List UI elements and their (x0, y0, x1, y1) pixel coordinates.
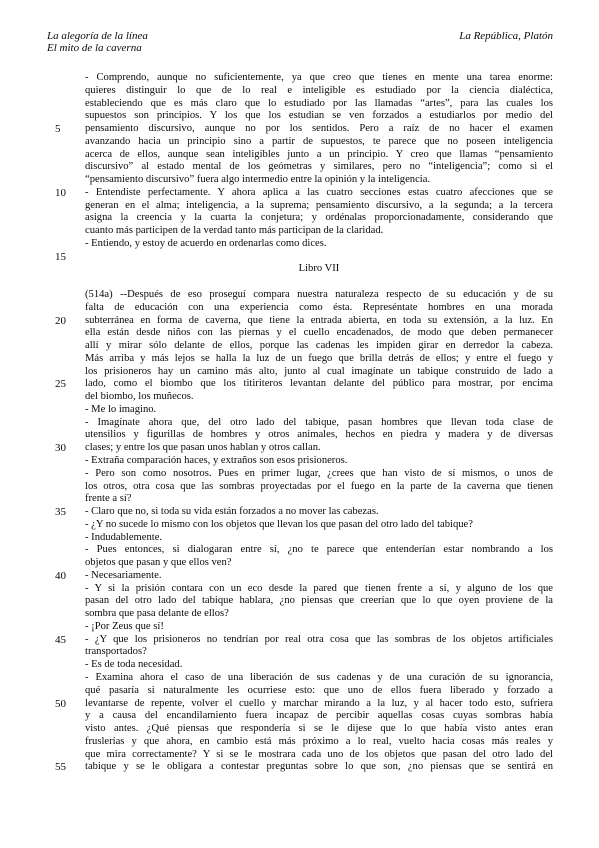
line-number (0, 225, 85, 238)
line-number (0, 289, 85, 302)
line-number (0, 136, 85, 149)
line-text: levantarse de repente, volver el cuello … (85, 698, 553, 711)
line-number (0, 723, 85, 736)
text-line: - Entiendo, y estoy de acuerdo en ordena… (0, 238, 553, 251)
line-text: quieres distinguir lo que de lo real e i… (85, 85, 553, 98)
line-number (0, 659, 85, 672)
line-text (85, 251, 553, 264)
line-number (0, 595, 85, 608)
line-number (0, 98, 85, 111)
line-text: los prisioneros hay un camino más alto, … (85, 366, 553, 379)
doc-title: La alegoría de la línea (47, 31, 148, 43)
text-line: - Pero son como nosotros. Pues en primer… (0, 468, 553, 481)
text-line: discursivo” al estado mental de los geóm… (0, 161, 553, 174)
line-number (0, 174, 85, 187)
page-header: La alegoría de la línea El mito de la ca… (47, 31, 553, 54)
text-line: 35- Claro que no, si toda su vida están … (0, 506, 553, 519)
text-line: - ¿Y no sucede lo mismo con los objetos … (0, 519, 553, 532)
line-text: - Examina ahora el caso de una liberació… (85, 672, 553, 685)
text-line: falta de educación con una experiencia c… (0, 302, 553, 315)
text-line: asigna la creencia y la cuarta la conjet… (0, 212, 553, 225)
text-line: Más arriba y más lejos se halla la luz d… (0, 353, 553, 366)
line-text: visto antes. ¿Qué piensas que responderí… (85, 723, 553, 736)
line-number: 15 (0, 251, 85, 264)
line-text: fruslerías y que ahora, en cambio está m… (85, 736, 553, 749)
line-text: ella están desde niños con las piernas y… (85, 327, 553, 340)
text-line: qué pasaría si naturalmente les ocurries… (0, 685, 553, 698)
line-number (0, 468, 85, 481)
text-line: sombra que pasa delante de ellos? (0, 608, 553, 621)
line-number (0, 519, 85, 532)
text-line: 10- Entendiste perfectamente. Y ahora ap… (0, 187, 553, 200)
line-number (0, 532, 85, 545)
line-text: discursivo” al estado mental de los geóm… (85, 161, 553, 174)
line-number (0, 685, 85, 698)
line-number (0, 417, 85, 430)
line-text: pensamiento discursivo, aunque no por lo… (85, 123, 553, 136)
text-line: - Comprendo, aunque no suficientemente, … (0, 72, 553, 85)
text-line: 25lado, como el biombo que los titiriter… (0, 378, 553, 391)
line-number (0, 672, 85, 685)
line-number (0, 263, 85, 276)
line-number (0, 200, 85, 213)
line-number (0, 736, 85, 749)
line-number (0, 493, 85, 506)
text-line: 15 (0, 251, 553, 264)
line-number: 20 (0, 315, 85, 328)
line-text: asigna la creencia y la cuarta la conjet… (85, 212, 553, 225)
line-number (0, 544, 85, 557)
doc-subtitle: El mito de la caverna (47, 43, 148, 55)
line-text: frente a sí? (85, 493, 553, 506)
line-text: sombra que pasa delante de ellos? (85, 608, 553, 621)
line-text: - ¿Y no sucede lo mismo con los objetos … (85, 519, 553, 532)
line-number (0, 72, 85, 85)
line-text: generan en el alma; inteligencia, a la s… (85, 200, 553, 213)
text-line: cuanto más participen de la verdad tanto… (0, 225, 553, 238)
line-text: y a causa del encandilamiento fuera inca… (85, 710, 553, 723)
text-line: - Extraña comparación haces, y extraños … (0, 455, 553, 468)
text-line: que mira correctamente? Y si se le mostr… (0, 749, 553, 762)
text-line: visto antes. ¿Qué piensas que responderí… (0, 723, 553, 736)
line-text: cuanto más participen de la verdad tanto… (85, 225, 553, 238)
line-number (0, 302, 85, 315)
line-text: tabique y se le obligara a contestar pre… (85, 761, 553, 774)
line-text: - ¿Y que los prisioneros no tendrían por… (85, 634, 553, 647)
line-number: 5 (0, 123, 85, 136)
line-text: acerca de ellos, aunque sean inteligible… (85, 149, 553, 162)
line-number (0, 85, 85, 98)
line-number (0, 621, 85, 634)
line-number (0, 340, 85, 353)
line-text: pasan del otro lado del tabique hablara,… (85, 595, 553, 608)
line-number (0, 583, 85, 596)
line-number (0, 238, 85, 251)
text-line: - Y si la prisión contara con un eco des… (0, 583, 553, 596)
document-page: La alegoría de la línea El mito de la ca… (0, 0, 599, 848)
line-number (0, 710, 85, 723)
line-number (0, 327, 85, 340)
line-text: que mira correctamente? Y si se le mostr… (85, 749, 553, 762)
line-text: - Indudablemente. (85, 532, 553, 545)
line-text: - Necesariamente. (85, 570, 553, 583)
line-text: objetos que pasan y que ellos ven? (85, 557, 553, 570)
line-number: 30 (0, 442, 85, 455)
line-text: - Extraña comparación haces, y extraños … (85, 455, 553, 468)
line-number: 50 (0, 698, 85, 711)
line-number: 55 (0, 761, 85, 774)
line-text: qué pasaría si naturalmente les ocurries… (85, 685, 553, 698)
line-text: subterránea en forma de caverna, que tie… (85, 315, 553, 328)
text-line: 40- Necesariamente. (0, 570, 553, 583)
line-text: Libro VII (85, 263, 553, 276)
line-text: - Imagínate ahora que, del otro lado del… (85, 417, 553, 430)
line-text: falta de educación con una experiencia c… (85, 302, 553, 315)
line-text: - Claro que no, si toda su vida están fo… (85, 506, 553, 519)
header-left: La alegoría de la línea El mito de la ca… (47, 31, 148, 54)
text-line: - Imagínate ahora que, del otro lado del… (0, 417, 553, 430)
text-line: 20subterránea en forma de caverna, que t… (0, 315, 553, 328)
text-line: objetos que pasan y que ellos ven? (0, 557, 553, 570)
line-number (0, 212, 85, 225)
line-text: “pensamiento discursivo” fuera algo inte… (85, 174, 553, 187)
line-number (0, 110, 85, 123)
text-line: 5pensamiento discursivo, aunque no por l… (0, 123, 553, 136)
text-line: acerca de ellos, aunque sean inteligible… (0, 149, 553, 162)
text-line: avanzando hacia un principio sino a part… (0, 136, 553, 149)
line-text: los otros, otra cosa que las sombras pro… (85, 481, 553, 494)
line-text: - Entendiste perfectamente. Y ahora apli… (85, 187, 553, 200)
line-text: (514a) --Después de eso proseguí compara… (85, 289, 553, 302)
text-line: 30clases; y entre los que pasan unos hab… (0, 442, 553, 455)
line-number (0, 161, 85, 174)
text-line: los otros, otra cosa que las sombras pro… (0, 481, 553, 494)
text-line: quieres distinguir lo que de lo real e i… (0, 85, 553, 98)
line-text: - Pero son como nosotros. Pues en primer… (85, 468, 553, 481)
line-text: - Comprendo, aunque no suficientemente, … (85, 72, 553, 85)
text-line: frente a sí? (0, 493, 553, 506)
section-heading-line: Libro VII (0, 263, 553, 276)
line-text: allí y mirar sólo delante de ellos, porq… (85, 340, 553, 353)
line-text: clases; y entre los que pasan unos habla… (85, 442, 553, 455)
line-text: avanzando hacia un principio sino a part… (85, 136, 553, 149)
text-line: utensilios y figurillas de hombres y otr… (0, 429, 553, 442)
text-line (0, 276, 553, 289)
text-line: - Me lo imagino. (0, 404, 553, 417)
line-number (0, 557, 85, 570)
line-text: - Pues entonces, si dialogaran entre sí,… (85, 544, 553, 557)
line-text: - Me lo imagino. (85, 404, 553, 417)
text-line: - Pues entonces, si dialogaran entre sí,… (0, 544, 553, 557)
line-number (0, 646, 85, 659)
line-text: Más arriba y más lejos se halla la luz d… (85, 353, 553, 366)
text-line: del biombo, los muñecos. (0, 391, 553, 404)
line-number: 40 (0, 570, 85, 583)
doc-source: La República, Platón (459, 31, 553, 54)
line-number (0, 276, 85, 289)
text-line: 55tabique y se le obligara a contestar p… (0, 761, 553, 774)
line-text: estableciendo que es más claro que lo es… (85, 98, 553, 111)
text-line: transportados? (0, 646, 553, 659)
text-line: los prisioneros hay un camino más alto, … (0, 366, 553, 379)
text-line: 50levantarse de repente, volver el cuell… (0, 698, 553, 711)
line-text: - Es de toda necesidad. (85, 659, 553, 672)
line-number (0, 149, 85, 162)
line-text: - Y si la prisión contara con un eco des… (85, 583, 553, 596)
line-number (0, 429, 85, 442)
text-line: pasan del otro lado del tabique hablara,… (0, 595, 553, 608)
text-line: ella están desde niños con las piernas y… (0, 327, 553, 340)
line-text: lado, como el biombo que los titiriteros… (85, 378, 553, 391)
line-number (0, 366, 85, 379)
text-line: y a causa del encandilamiento fuera inca… (0, 710, 553, 723)
line-number (0, 481, 85, 494)
text-line: 45- ¿Y que los prisioneros no tendrían p… (0, 634, 553, 647)
line-number: 45 (0, 634, 85, 647)
line-number (0, 608, 85, 621)
text-line: supuestos son principios. Y los que los … (0, 110, 553, 123)
text-line: - Indudablemente. (0, 532, 553, 545)
text-line: generan en el alma; inteligencia, a la s… (0, 200, 553, 213)
line-number (0, 391, 85, 404)
document-body: - Comprendo, aunque no suficientemente, … (0, 72, 553, 774)
line-number: 10 (0, 187, 85, 200)
line-number (0, 749, 85, 762)
line-text: - Entiendo, y estoy de acuerdo en ordena… (85, 238, 553, 251)
text-line: fruslerías y que ahora, en cambio está m… (0, 736, 553, 749)
text-line: - Examina ahora el caso de una liberació… (0, 672, 553, 685)
line-text (85, 276, 553, 289)
line-number (0, 404, 85, 417)
line-number (0, 353, 85, 366)
text-line: (514a) --Después de eso proseguí compara… (0, 289, 553, 302)
text-line: estableciendo que es más claro que lo es… (0, 98, 553, 111)
line-text: transportados? (85, 646, 553, 659)
text-line: allí y mirar sólo delante de ellos, porq… (0, 340, 553, 353)
line-text: del biombo, los muñecos. (85, 391, 553, 404)
line-number: 35 (0, 506, 85, 519)
line-number: 25 (0, 378, 85, 391)
line-number (0, 455, 85, 468)
text-line: - ¡Por Zeus que sí! (0, 621, 553, 634)
line-text: supuestos son principios. Y los que los … (85, 110, 553, 123)
line-text: - ¡Por Zeus que sí! (85, 621, 553, 634)
line-text: utensilios y figurillas de hombres y otr… (85, 429, 553, 442)
text-line: “pensamiento discursivo” fuera algo inte… (0, 174, 553, 187)
text-line: - Es de toda necesidad. (0, 659, 553, 672)
